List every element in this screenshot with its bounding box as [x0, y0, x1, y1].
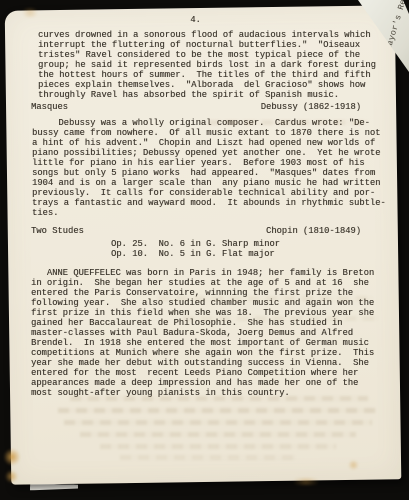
- work-heading-masques: Masques Debussy (1862-1918): [31, 102, 386, 112]
- text-line: a hint of his advent." Chopin and Liszt …: [32, 138, 386, 148]
- text-line: Brendel. In 1918 she entered the most im…: [31, 338, 386, 348]
- work-title: Masques: [31, 102, 68, 112]
- page-content: 4. curves drowned in a sonorous flood of…: [8, 8, 398, 482]
- foxing-stain: [348, 460, 359, 470]
- foxing-stain: [5, 470, 18, 483]
- underlying-page-edge: [30, 483, 78, 491]
- text-line: appearances made a deep impression and h…: [31, 378, 386, 388]
- bleedthrough-line: [120, 455, 296, 460]
- text-line: competitions at Munich where she again w…: [31, 348, 386, 358]
- text-line: interrupt the fluttering of nocturnal bu…: [38, 40, 386, 50]
- foxing-stain: [20, 8, 40, 17]
- paragraph-debussy: Debussy was a wholly original composer. …: [32, 118, 386, 218]
- text-line: trays a fantastic and wayward mood. It a…: [32, 198, 386, 208]
- bleedthrough-line: [80, 432, 356, 437]
- work-opus-list: Op. 25. No. 6 in G. Sharp minorOp. 10. N…: [31, 239, 386, 259]
- text-line: group; he said it represented birds lost…: [38, 60, 386, 70]
- scan-background: { "colors": { "background": "#0d0c0a", "…: [0, 0, 409, 500]
- text-line: ANNE QUEFFELEC was born in Paris in 1948…: [31, 268, 386, 278]
- text-line: bussy came from nowhere. Of all music ex…: [32, 128, 386, 138]
- text-line: Op. 10. No. 5 in G. Flat major: [111, 249, 386, 259]
- text-line: ties.: [32, 208, 386, 218]
- text-line: throughly Ravel has absorbed the spirit …: [38, 90, 386, 100]
- work-title: Two Studes: [31, 226, 84, 236]
- composer-dates: Chopin (1810-1849): [266, 226, 361, 236]
- bleedthrough-line: [183, 316, 378, 321]
- text-line: year she made her debut with outstanding…: [31, 358, 386, 368]
- text-line: in origin. She began her studies at the …: [31, 278, 386, 288]
- text-line: previously. It calls for considerable te…: [32, 188, 386, 198]
- bleedthrough-line: [100, 444, 336, 449]
- text-line: pieces explain themselves. "Alborada del…: [38, 80, 386, 90]
- bleedthrough-line: [158, 296, 373, 301]
- text-line: entered for the most recent Leeds Piano …: [31, 368, 386, 378]
- text-line: the hottest hours of summer. The titles …: [38, 70, 386, 80]
- paragraph-queffelec: ANNE QUEFFELEC was born in Paris in 1948…: [31, 268, 386, 398]
- text-line: tristes" Ravel considered to be the most…: [38, 50, 386, 60]
- paragraph-ravel: curves drowned in a sonorous flood of au…: [38, 30, 386, 100]
- text-line: master-classes with Paul Badura-Skoda, J…: [31, 328, 386, 338]
- text-line: 1904 and is on a larger scale than any p…: [32, 178, 386, 188]
- text-line: Op. 25. No. 6 in G. Sharp minor: [111, 239, 386, 249]
- program-page: 4. curves drowned in a sonorous flood of…: [5, 5, 402, 484]
- bleedthrough-line: [64, 420, 372, 425]
- foxing-stain: [288, 478, 324, 485]
- work-heading-two-studes: Two Studes Chopin (1810-1849): [31, 226, 386, 236]
- bleedthrough-line: [70, 396, 368, 401]
- bleedthrough-line: [58, 408, 376, 413]
- text-line: curves drowned in a sonorous flood of au…: [38, 30, 386, 40]
- page-number: 4.: [31, 15, 386, 25]
- composer-dates: Debussy (1862-1918): [261, 102, 361, 112]
- bleedthrough-line: [208, 120, 368, 125]
- text-line: songs but only 5 piano works had appeare…: [32, 168, 386, 178]
- text-line: piano possibilities; Debussy opened yet …: [32, 148, 386, 158]
- foxing-stain: [4, 448, 20, 466]
- text-line: little for piano in his earlier years. B…: [32, 158, 386, 168]
